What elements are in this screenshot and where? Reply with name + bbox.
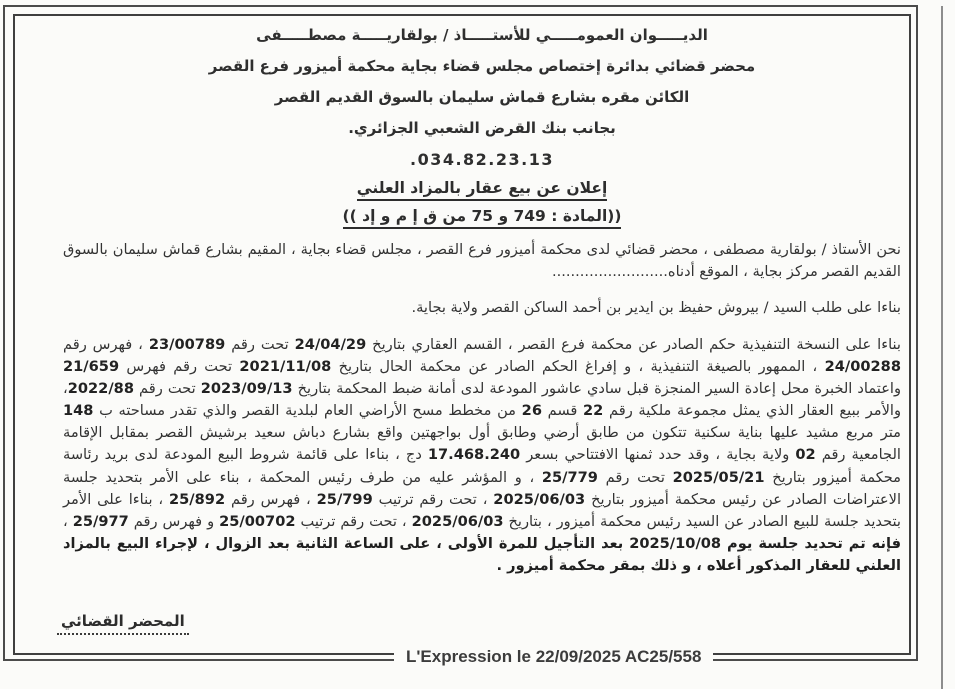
auction-session-text: فإنه تم تحديد جلسة يوم 2025/10/08 بعد ال… (63, 535, 901, 574)
office-landmark-line: بجانب بنك القرض الشعبي الجزائري. (63, 119, 901, 137)
scanned-legal-notice-page: الديـــــوان العمومـــــي للأستـــــاذ /… (0, 0, 955, 689)
article-reference-row: ((المادة : 749 و 75 من ق إ م و إد )) (63, 207, 901, 225)
article-reference: ((المادة : 749 و 75 من ق إ م و إد )) (343, 207, 622, 229)
column-divider-line (941, 6, 943, 689)
office-title-line: الديـــــوان العمومـــــي للأستـــــاذ /… (63, 26, 901, 44)
newspaper-footer: L'Expression le 22/09/2025 AC25/558 (394, 645, 713, 669)
bailiff-role-line: محضر قضائي بدائرة إختصاص مجلس قضاء بجاية… (63, 57, 901, 75)
office-address-line: الكائن مقره بشارع قماش سليمان بالسوق الق… (63, 88, 901, 106)
intro-paragraph: نحن الأستاذ / بولقارية مصطفى ، محضر قضائ… (63, 239, 901, 283)
bailiff-signature: المحضر القضائي (57, 612, 189, 635)
main-paragraph-text: بناءا على النسخة التنفيذية حكم الصادر عن… (63, 336, 901, 530)
notice-title-row: إعلان عن بيع عقار بالمزاد العلني (63, 179, 901, 197)
phone-number: .034.82.23.13 (63, 150, 901, 169)
notice-title: إعلان عن بيع عقار بالمزاد العلني (357, 179, 608, 201)
main-paragraph: بناءا على النسخة التنفيذية حكم الصادر عن… (63, 334, 901, 578)
notice-content: الديـــــوان العمومـــــي للأستـــــاذ /… (13, 14, 911, 577)
request-paragraph: بناءا على طلب السيد / بيروش حفيظ بن ايدي… (63, 297, 901, 319)
